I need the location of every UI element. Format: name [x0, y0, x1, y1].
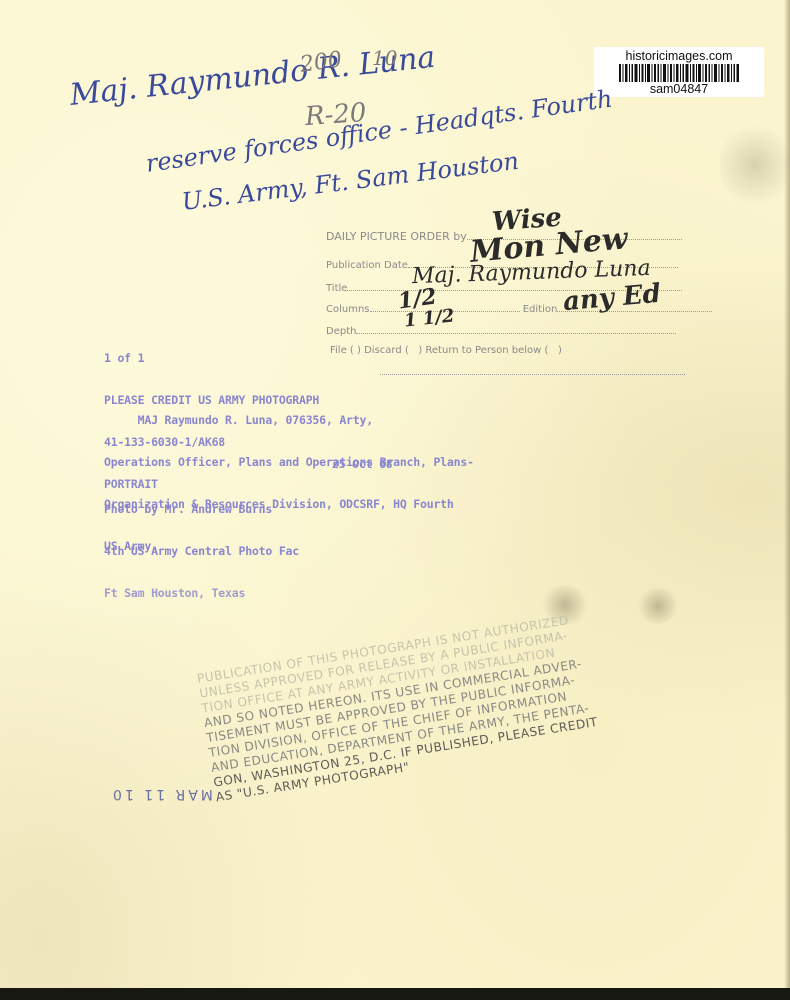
barcode-label: historicimages.com sam04847 [594, 47, 764, 97]
publication-date-label: Publication Date [326, 260, 408, 271]
caption-line: Operations Officer, Plans and Operations… [104, 455, 474, 469]
edition-label: Edition [523, 304, 558, 315]
credit-line: Photo by Mr. Andrew Burns [104, 502, 299, 516]
close-paren: ) [558, 345, 562, 356]
credit-line: 4th US Army Central Photo Fac [104, 544, 299, 558]
title-label: Title [326, 283, 347, 294]
return-label: ) Return to Person below ( [418, 345, 548, 356]
scan-background [0, 988, 790, 1000]
depth-row: Depth [326, 323, 676, 337]
person-line [380, 364, 685, 378]
barcode-icon [619, 64, 739, 82]
disposition-row: File ( ) Discard ( ) Return to Person be… [330, 345, 562, 356]
stain [720, 120, 790, 210]
file-label: File ( [330, 345, 354, 356]
credit-line: Ft Sam Houston, Texas [104, 586, 299, 600]
caption-line: MAJ Raymundo R. Luna, 076356, Arty, [104, 413, 474, 427]
photo-credit: Photo by Mr. Andrew Burns 4th US Army Ce… [104, 474, 299, 614]
received-date-stamp: MAR 11 10 [110, 786, 213, 802]
label-code: sam04847 [594, 82, 764, 96]
discard-label: ) Discard ( [357, 345, 409, 356]
columns-label: Columns [326, 304, 370, 315]
caption-line: 1 of 1 [104, 351, 319, 365]
order-heading-label: DAILY PICTURE ORDER by [326, 230, 467, 243]
caption-date: 25 Oct 68 [332, 457, 393, 471]
pencil-note-10: 10 [372, 46, 397, 70]
depth-label: Depth [326, 326, 356, 337]
label-site: historicimages.com [594, 49, 764, 63]
